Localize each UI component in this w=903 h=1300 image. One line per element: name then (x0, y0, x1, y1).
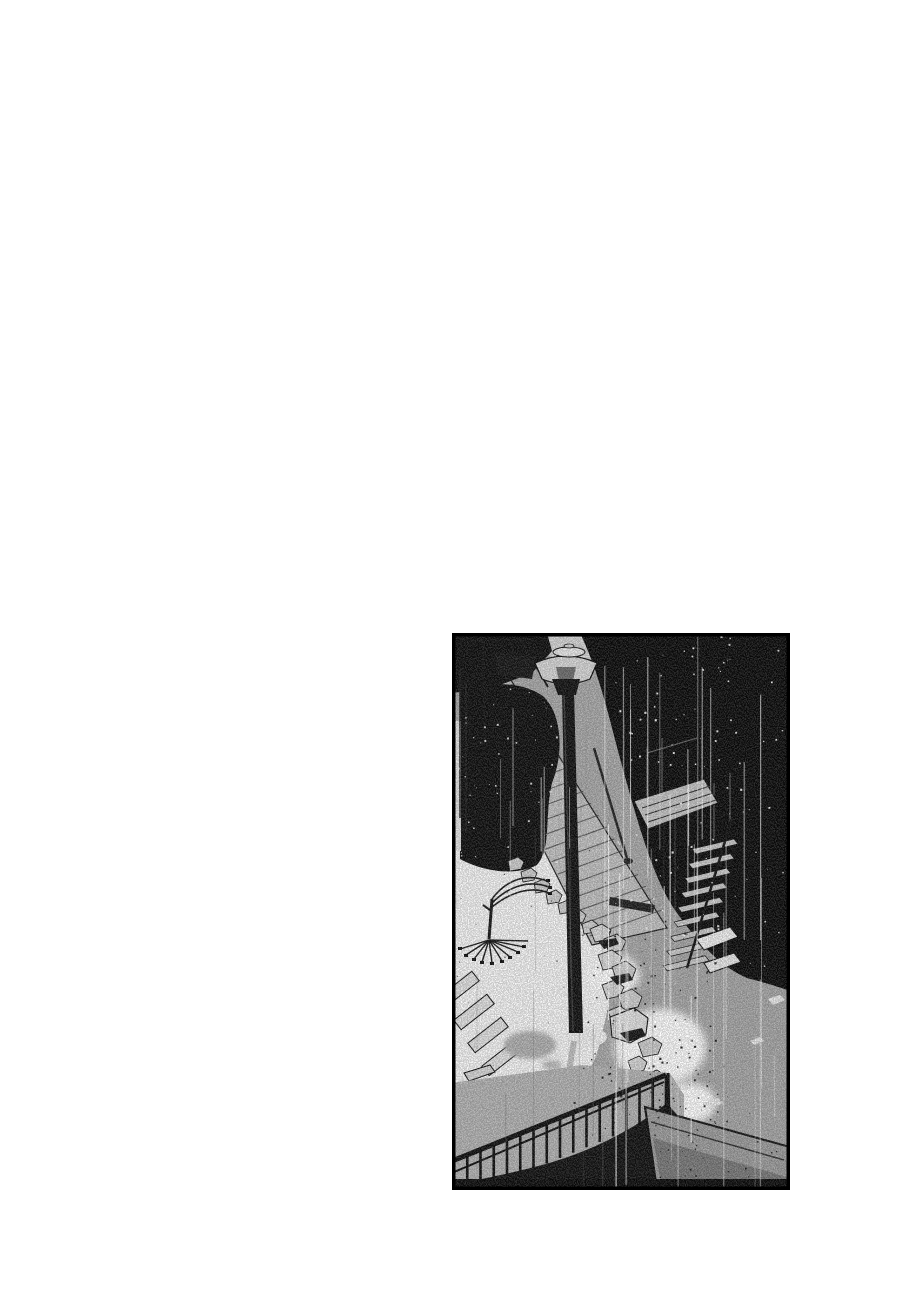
grain-light (452, 633, 790, 1190)
panel-illustration (452, 633, 790, 1190)
manga-panel (452, 633, 790, 1190)
manga-page (0, 0, 903, 1300)
